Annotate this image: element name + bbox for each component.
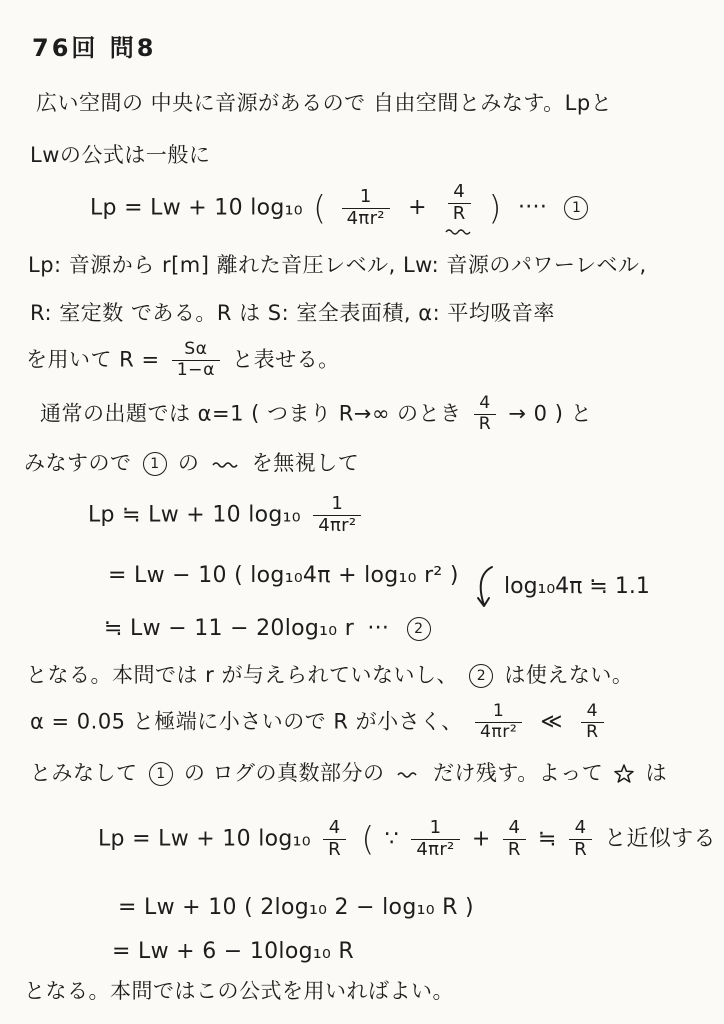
derivation-line-3: ≒ Lw − 11 − 20log₁₀ r ··· 2 <box>104 614 435 644</box>
room-constant-lead: を用いて R = <box>26 347 160 371</box>
circled-one-icon: 1 <box>149 762 173 786</box>
wavy-underline-icon <box>445 227 473 235</box>
approx-equal-sign: ≒ <box>538 826 557 851</box>
definitions-line-1: Lp: 音源から r[m] 離れた音圧レベル, Lw: 音源のパワーレベル, <box>28 250 647 280</box>
discussion-1-tail: は使えない。 <box>504 663 633 687</box>
usual-case-line-2: みなすので 1 の を無視して <box>24 448 359 478</box>
discussion-1-lead: となる。本問では r が与えられていないし、 <box>26 663 458 687</box>
fraction-4-over-R: 4 R <box>474 394 496 435</box>
ellipsis-dots: ··· <box>367 616 389 641</box>
page-title: 76回 問8 <box>32 28 156 63</box>
fraction-4-over-R: 4 R <box>445 182 473 235</box>
ignore-lead: みなすので <box>24 451 132 475</box>
ellipsis-dots: ···· <box>518 195 547 220</box>
much-less-than-sign: ≪ <box>540 709 562 733</box>
fraction-1-over-4pir2: 1 4πr² <box>313 494 361 537</box>
discussion-line-1: となる。本問では r が与えられていないし、 2 は使えない。 <box>26 660 633 690</box>
room-constant-tail: と表せる。 <box>232 347 340 371</box>
final-line-1: Lp = Lw + 10 log₁₀ 4 R ( ∵ 1 4πr² + 4 R … <box>98 818 724 861</box>
star-mark-icon <box>614 764 634 784</box>
conclusion-line: となる。本問ではこの公式を用いればよい。 <box>24 976 454 1006</box>
fraction-1-over-4pir2: 1 4πr² <box>411 818 459 861</box>
side-annotation: log₁₀4π ≒ 1.1 <box>474 564 650 612</box>
circled-two-icon: 2 <box>469 664 493 688</box>
derivation-line-1: Lp ≒ Lw + 10 log₁₀ 1 4πr² <box>88 494 366 537</box>
discussion-3-lead: とみなして <box>30 761 138 785</box>
because-sign: ∵ <box>385 826 399 851</box>
discussion-3-tail: だけ残す。よって <box>433 761 603 785</box>
fraction-1-over-4pir2: 1 4πr² <box>475 702 522 743</box>
circled-two-icon: 2 <box>407 617 431 641</box>
circled-one-icon: 1 <box>564 196 588 220</box>
ignore-tail: を無視して <box>252 451 360 475</box>
final-line-3: = Lw + 6 − 10log₁₀ R <box>112 937 354 967</box>
fraction-4-over-R: 4 R <box>503 818 526 861</box>
wavy-mark-icon <box>211 459 241 469</box>
close-paren: ) <box>488 188 501 227</box>
open-paren: ( <box>313 188 326 227</box>
fraction-4-over-R: 4 R <box>581 702 603 743</box>
final-1-lead: Lp = Lw + 10 log₁₀ <box>98 826 311 851</box>
equation-1: Lp = Lw + 10 log₁₀ ( 1 4πr² + 4 R ) ····… <box>90 182 592 235</box>
usual-case-lead: 通常の出題では α=1 ( つまり R→∞ のとき <box>40 401 462 425</box>
intro-line-1: 広い空間の 中央に音源があるので 自由空間とみなす。Lpと <box>36 88 612 118</box>
final-line-2: = Lw + 10 ( 2log₁₀ 2 − log₁₀ R ) <box>118 893 474 923</box>
fraction-Salpha-over-1minusalpha: Sα 1−α <box>172 340 220 381</box>
plus-sign: + <box>408 195 427 220</box>
derivation-line-2: = Lw − 10 ( log₁₀4π + log₁₀ r² ) <box>108 561 459 591</box>
fraction-1-over-4pir2: 1 4πr² <box>342 187 390 230</box>
fraction-4-over-R: 4 R <box>323 818 346 861</box>
fraction-4-over-R: 4 R <box>569 818 592 861</box>
final-1-tail: と近似する <box>604 826 716 851</box>
discussion-line-3: とみなして 1 の ログの真数部分の だけ残す。よって は <box>30 758 667 788</box>
plus-sign: + <box>472 826 491 851</box>
discussion-3-mid: の ログの真数部分の <box>184 761 385 785</box>
deriv-1-lead: Lp ≒ Lw + 10 log₁₀ <box>88 502 301 527</box>
wavy-mark-icon <box>396 769 422 779</box>
curved-down-arrow-icon <box>474 564 496 612</box>
usual-case-tail: → 0 ) と <box>508 401 592 425</box>
discussion-3-end: は <box>646 761 668 785</box>
log-approx-note: log₁₀4π ≒ 1.1 <box>504 564 650 599</box>
discussion-line-2: α = 0.05 と極端に小さいので R が小さく、 1 4πr² ≪ 4 R <box>30 702 609 743</box>
definitions-line-3: を用いて R = Sα 1−α と表せる。 <box>26 340 340 381</box>
deriv-3-lead: ≒ Lw − 11 − 20log₁₀ r <box>104 616 354 641</box>
usual-case-line-1: 通常の出題では α=1 ( つまり R→∞ のとき 4 R → 0 ) と <box>40 394 592 435</box>
open-paren: ( <box>361 819 374 858</box>
discussion-2-lead: α = 0.05 と極端に小さいので R が小さく、 <box>30 709 463 733</box>
definitions-line-2: R: 室定数 である。R は S: 室全表面積, α: 平均吸音率 <box>30 298 555 328</box>
ignore-mid: の <box>178 451 200 475</box>
circled-one-icon: 1 <box>143 452 167 476</box>
intro-line-2: Lwの公式は一般に <box>30 140 210 170</box>
equation-1-lead: Lp = Lw + 10 log₁₀ <box>90 195 303 220</box>
handwritten-note-page: 76回 問8 広い空間の 中央に音源があるので 自由空間とみなす。Lpと Lwの… <box>0 0 724 1024</box>
